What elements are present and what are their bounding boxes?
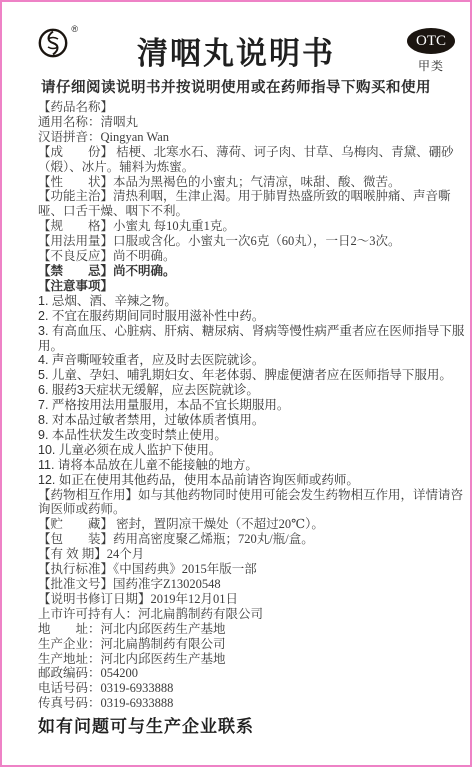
leaflet-page: ® 清咽丸说明书 OTC 甲类 请仔细阅读说明书并按说明使用或在药师指导下购买和… <box>0 0 472 767</box>
leaflet-line: 12. 如正在使用其他药品，使用本品前请咨询医师或药师。 <box>38 473 465 488</box>
leaflet-line: 9. 本品性状发生改变时禁止使用。 <box>38 428 465 443</box>
leaflet-line: 上市许可持有人：河北扁鹊制药有限公司 <box>38 607 465 622</box>
leaflet-line: 【执行标准】《中国药典》2015年版一部 <box>38 562 465 577</box>
leaflet-line: 【不良反应】尚不明确。 <box>38 249 465 264</box>
leaflet-line: 6. 服药3天症状无缓解，应去医院就诊。 <box>38 383 465 398</box>
leaflet-line: 3. 有高血压、心脏病、肝病、糖尿病、肾病等慢性病严重者应在医师指导下服用。 <box>38 324 465 354</box>
contact-note: 如有问题可与生产企业联系 <box>38 712 254 737</box>
usage-advisory: 请仔细阅读说明书并按说明使用或在药师指导下购买和使用 <box>2 76 470 97</box>
leaflet-line: 【功能主治】清热利咽，生津止渴。用于肺胃热盛所致的咽喉肿痛、声音嘶哑、口舌干燥、… <box>38 189 465 219</box>
leaflet-line: 11. 请将本品放在儿童不能接触的地方。 <box>38 458 465 473</box>
otc-badge-icon: OTC <box>407 28 455 54</box>
leaflet-line: 【有 效 期】24个月 <box>38 547 465 562</box>
leaflet-line: 【贮 藏】 密封，置阴凉干燥处（不超过20℃）。 <box>38 517 465 532</box>
leaflet-line: 【药品名称】 <box>38 100 465 115</box>
leaflet-line: 【规 格】小蜜丸 每10丸重1克。 <box>38 219 465 234</box>
leaflet-line: 2. 不宜在服药期间同时服用滋补性中药。 <box>38 309 465 324</box>
leaflet-line: 8. 对本品过敏者禁用，过敏体质者慎用。 <box>38 413 465 428</box>
leaflet-line: 10. 儿童必须在成人监护下使用。 <box>38 443 465 458</box>
leaflet-line: 生产企业：河北扁鹊制药有限公司 <box>38 637 465 652</box>
leaflet-line: 【说明书修订日期】2019年12月01日 <box>38 592 465 607</box>
leaflet-line: 传真号码：0319-6933888 <box>38 696 465 711</box>
leaflet-line: 【性 状】本品为黑褐色的小蜜丸；气清凉，味甜、酸、微苦。 <box>38 175 465 190</box>
leaflet-line: 【禁 忌】尚不明确。 <box>38 264 465 279</box>
leaflet-line: 【批准文号】国药准字Z13020548 <box>38 577 465 592</box>
page-title: 清咽丸说明书 <box>2 28 470 73</box>
leaflet-line: 邮政编码：054200 <box>38 666 465 681</box>
leaflet-line: 4. 声音嘶哑较重者，应及时去医院就诊。 <box>38 353 465 368</box>
otc-badge: OTC 甲类 <box>404 28 458 74</box>
leaflet-line: 电话号码：0319-6933888 <box>38 681 465 696</box>
leaflet-line: 【成 份】 桔梗、北寒水石、薄荷、诃子肉、甘草、乌梅肉、青黛、硼砂（煅）、冰片。… <box>38 145 465 175</box>
leaflet-line: 【药物相互作用】如与其他药物同时使用可能会发生药物相互作用，详情请咨询医师或药师… <box>38 488 465 518</box>
leaflet-line: 5. 儿童、孕妇、哺乳期妇女、年老体弱、脾虚便溏者应在医师指导下服用。 <box>38 368 465 383</box>
leaflet-line: 【包 装】药用高密度聚乙烯瓶；720丸/瓶/盒。 <box>38 532 465 547</box>
leaflet-line: 1. 忌烟、酒、辛辣之物。 <box>38 294 465 309</box>
leaflet-body: 【药品名称】通用名称：清咽丸汉语拼音：Qingyan Wan【成 份】 桔梗、北… <box>38 100 465 711</box>
leaflet-line: 7. 严格按用法用量服用，本品不宜长期服用。 <box>38 398 465 413</box>
leaflet-line: 通用名称：清咽丸 <box>38 115 465 130</box>
leaflet-line: 【用法用量】口服或含化。小蜜丸一次6克（60丸），一日2～3次。 <box>38 234 465 249</box>
leaflet-line: 生产地址：河北内邱医药生产基地 <box>38 652 465 667</box>
leaflet-line: 汉语拼音：Qingyan Wan <box>38 130 465 145</box>
leaflet-line: 【注意事项】 <box>38 279 465 294</box>
leaflet-line: 地 址：河北内邱医药生产基地 <box>38 622 465 637</box>
otc-class-label: 甲类 <box>404 57 458 74</box>
